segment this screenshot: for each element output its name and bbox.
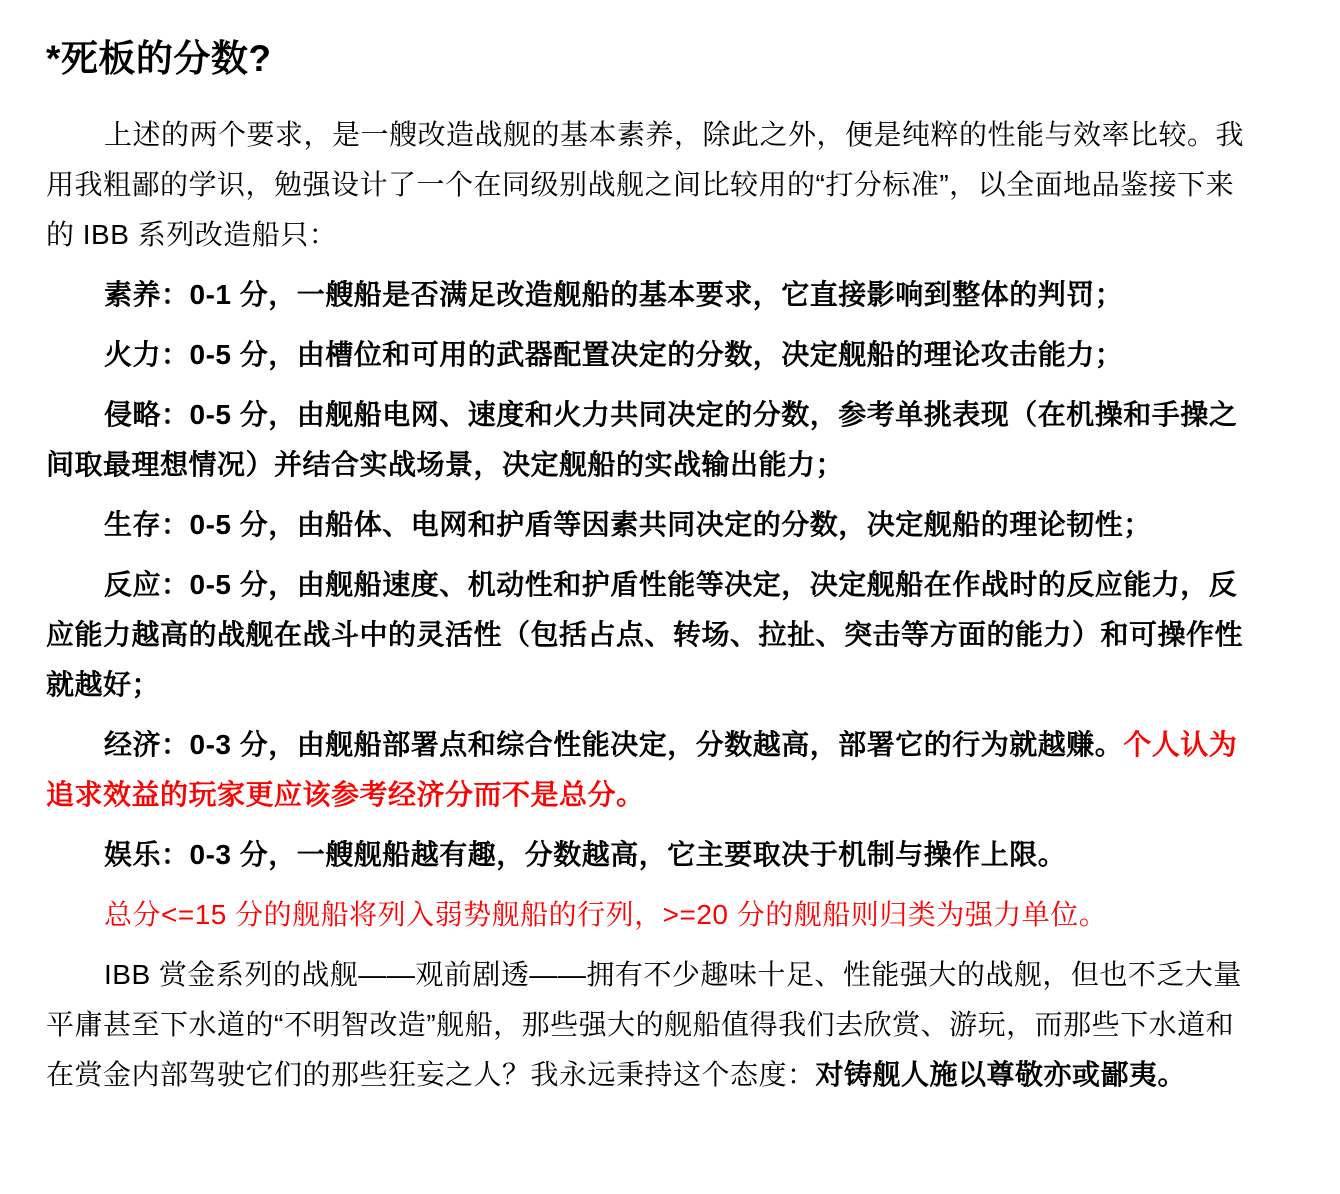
criterion-entertainment-text: 娱乐：0-3 分，一艘舰船越有趣，分数越高，它主要取决于机制与操作上限。 [104,839,1066,870]
document-page: *死板的分数? 上述的两个要求，是一艘改造战舰的基本素养，除此之外，便是纯粹的性… [0,0,1340,1130]
threshold-note: 总分<=15 分的舰船将列入弱势舰船的行列，>=20 分的舰船则归类为强力单位。 [46,890,1246,940]
intro-paragraph: 上述的两个要求，是一艘改造战舰的基本素养，除此之外，便是纯粹的性能与效率比较。我… [46,110,1246,260]
criterion-firepower-text: 火力：0-5 分，由槽位和可用的武器配置决定的分数，决定舰船的理论攻击能力； [104,339,1123,370]
criterion-aggression: 侵略：0-5 分，由舰船电网、速度和火力共同决定的分数，参考单挑表现（在机操和手… [46,390,1246,490]
criterion-quality-text: 素养：0-1 分，一艘船是否满足改造舰船的基本要求，它直接影响到整体的判罚； [104,279,1123,310]
criterion-survival: 生存：0-5 分，由船体、电网和护盾等因素共同决定的分数，决定舰船的理论韧性； [46,500,1246,550]
criterion-reaction-text: 反应：0-5 分，由舰船速度、机动性和护盾性能等决定，决定舰船在作战时的反应能力… [46,569,1243,700]
criterion-entertainment: 娱乐：0-3 分，一艘舰船越有趣，分数越高，它主要取决于机制与操作上限。 [46,830,1246,880]
criterion-economy-text: 经济：0-3 分，由舰船部署点和综合性能决定，分数越高，部署它的行为就越赚。 [104,729,1123,760]
threshold-note-text: 总分<=15 分的舰船将列入弱势舰船的行列，>=20 分的舰船则归类为强力单位。 [104,899,1107,930]
criterion-reaction: 反应：0-5 分，由舰船速度、机动性和护盾性能等决定，决定舰船在作战时的反应能力… [46,560,1246,710]
outro-paragraph: IBB 赏金系列的战舰——观前剧透——拥有不少趣味十足、性能强大的战舰，但也不乏… [46,950,1246,1100]
page-title: *死板的分数? [46,36,1246,82]
criterion-survival-text: 生存：0-5 分，由船体、电网和护盾等因素共同决定的分数，决定舰船的理论韧性； [104,509,1152,540]
intro-text: 上述的两个要求，是一艘改造战舰的基本素养，除此之外，便是纯粹的性能与效率比较。我… [46,119,1244,250]
criterion-quality: 素养：0-1 分，一艘船是否满足改造舰船的基本要求，它直接影响到整体的判罚； [46,270,1246,320]
criterion-firepower: 火力：0-5 分，由槽位和可用的武器配置决定的分数，决定舰船的理论攻击能力； [46,330,1246,380]
criterion-economy: 经济：0-3 分，由舰船部署点和综合性能决定，分数越高，部署它的行为就越赚。个人… [46,720,1246,820]
criterion-aggression-text: 侵略：0-5 分，由舰船电网、速度和火力共同决定的分数，参考单挑表现（在机操和手… [46,399,1237,480]
outro-bold-statement: 对铸舰人施以尊敬亦或鄙夷。 [816,1059,1187,1090]
